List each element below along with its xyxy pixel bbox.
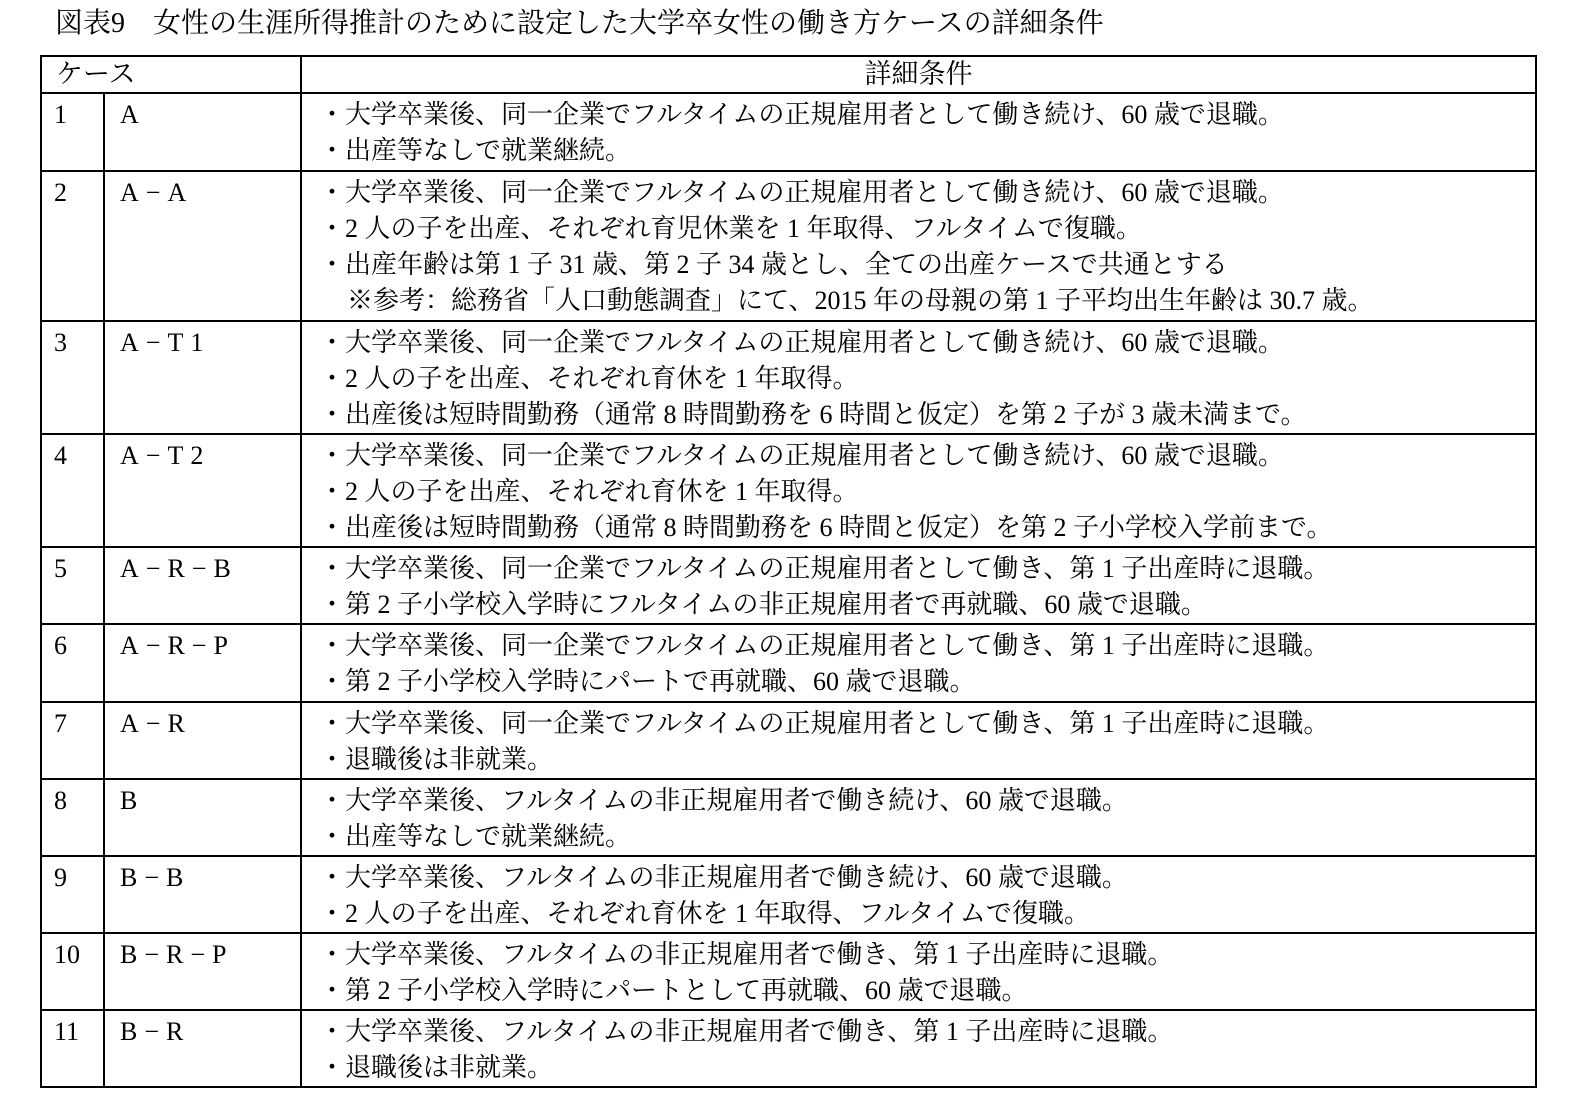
case-details: ・大学卒業後、同一企業でフルタイムの正規雇用者として働き、第 1 子出産時に退職… [301, 702, 1536, 779]
detail-line: ・大学卒業後、同一企業でフルタイムの正規雇用者として働き、第 1 子出産時に退職… [319, 706, 1535, 742]
detail-line: ・大学卒業後、同一企業でフルタイムの正規雇用者として働き続け、60 歳で退職。 [319, 97, 1535, 133]
case-details: ・大学卒業後、フルタイムの非正規雇用者で働き、第 1 子出産時に退職。 ・退職後… [301, 1010, 1536, 1087]
case-code: B−B [104, 856, 301, 933]
page-title: 図表9 女性の生涯所得推計のために設定した大学卒女性の働き方ケースの詳細条件 [55, 6, 1104, 42]
case-conditions-table: ケース 詳細条件 1 A ・大学卒業後、同一企業でフルタイムの正規雇用者として働… [40, 55, 1537, 1088]
table-row: 11 B−R ・大学卒業後、フルタイムの非正規雇用者で働き、第 1 子出産時に退… [41, 1010, 1536, 1087]
case-details: ・大学卒業後、同一企業でフルタイムの正規雇用者として働き続け、60 歳で退職。 … [301, 434, 1536, 547]
case-code: B [104, 779, 301, 856]
case-number: 2 [41, 171, 104, 321]
table-row: 9 B−B ・大学卒業後、フルタイムの非正規雇用者で働き続け、60 歳で退職。 … [41, 856, 1536, 933]
table-header-row: ケース 詳細条件 [41, 56, 1536, 93]
detail-line: ・2 人の子を出産、それぞれ育児休業を 1 年取得、フルタイムで復職。 [319, 211, 1535, 247]
detail-line: ・大学卒業後、フルタイムの非正規雇用者で働き続け、60 歳で退職。 [319, 783, 1535, 819]
detail-line: ・2 人の子を出産、それぞれ育休を 1 年取得、フルタイムで復職。 [319, 896, 1535, 932]
case-number: 7 [41, 702, 104, 779]
case-number: 11 [41, 1010, 104, 1087]
case-details: ・大学卒業後、同一企業でフルタイムの正規雇用者として働き、第 1 子出産時に退職… [301, 624, 1536, 702]
case-code: A−T2 [104, 434, 301, 547]
case-details: ・大学卒業後、同一企業でフルタイムの正規雇用者として働き続け、60 歳で退職。 … [301, 321, 1536, 434]
detail-line: ・大学卒業後、フルタイムの非正規雇用者で働き、第 1 子出産時に退職。 [319, 937, 1535, 973]
case-number: 4 [41, 434, 104, 547]
detail-note-line: ※参考：総務省「人口動態調査」にて、2015 年の母親の第 1 子平均出生年齢は… [319, 283, 1535, 319]
table-row: 3 A−T1 ・大学卒業後、同一企業でフルタイムの正規雇用者として働き続け、60… [41, 321, 1536, 434]
detail-line: ・2 人の子を出産、それぞれ育休を 1 年取得。 [319, 361, 1535, 397]
col-header-case: ケース [41, 56, 301, 93]
detail-line: ・大学卒業後、フルタイムの非正規雇用者で働き続け、60 歳で退職。 [319, 860, 1535, 896]
detail-line: ・出産等なしで就業継続。 [319, 819, 1535, 855]
col-header-details: 詳細条件 [301, 56, 1536, 93]
table-row: 10 B−R−P ・大学卒業後、フルタイムの非正規雇用者で働き、第 1 子出産時… [41, 933, 1536, 1010]
case-code: A−R [104, 702, 301, 779]
detail-line: ・出産後は短時間勤務（通常 8 時間勤務を 6 時間と仮定）を第 2 子が 3 … [319, 397, 1535, 433]
case-number: 5 [41, 547, 104, 624]
detail-line: ・大学卒業後、同一企業でフルタイムの正規雇用者として働き続け、60 歳で退職。 [319, 175, 1535, 211]
detail-line: ・出産等なしで就業継続。 [319, 133, 1535, 169]
detail-line: ・大学卒業後、同一企業でフルタイムの正規雇用者として働き、第 1 子出産時に退職… [319, 628, 1535, 664]
case-details: ・大学卒業後、同一企業でフルタイムの正規雇用者として働き続け、60 歳で退職。 … [301, 93, 1536, 171]
table-row: 2 A−A ・大学卒業後、同一企業でフルタイムの正規雇用者として働き続け、60 … [41, 171, 1536, 321]
case-code: A−T1 [104, 321, 301, 434]
case-details: ・大学卒業後、フルタイムの非正規雇用者で働き続け、60 歳で退職。 ・2 人の子… [301, 856, 1536, 933]
case-details: ・大学卒業後、フルタイムの非正規雇用者で働き続け、60 歳で退職。 ・出産等なし… [301, 779, 1536, 856]
detail-line: ・出産年齢は第 1 子 31 歳、第 2 子 34 歳とし、全ての出産ケースで共… [319, 247, 1535, 283]
detail-line: ・2 人の子を出産、それぞれ育休を 1 年取得。 [319, 474, 1535, 510]
table-row: 6 A−R−P ・大学卒業後、同一企業でフルタイムの正規雇用者として働き、第 1… [41, 624, 1536, 702]
case-number: 3 [41, 321, 104, 434]
detail-line: ・大学卒業後、同一企業でフルタイムの正規雇用者として働き続け、60 歳で退職。 [319, 438, 1535, 474]
case-details: ・大学卒業後、同一企業でフルタイムの正規雇用者として働き、第 1 子出産時に退職… [301, 547, 1536, 624]
detail-line: ・退職後は非就業。 [319, 1050, 1535, 1086]
case-number: 8 [41, 779, 104, 856]
case-code: A−R−P [104, 624, 301, 702]
case-number: 10 [41, 933, 104, 1010]
detail-line: ・第 2 子小学校入学時にパートとして再就職、60 歳で退職。 [319, 973, 1535, 1009]
case-code: A−A [104, 171, 301, 321]
detail-line: ・大学卒業後、フルタイムの非正規雇用者で働き、第 1 子出産時に退職。 [319, 1014, 1535, 1050]
case-number: 6 [41, 624, 104, 702]
case-code: A [104, 93, 301, 171]
case-number: 9 [41, 856, 104, 933]
detail-line: ・第 2 子小学校入学時にフルタイムの非正規雇用者で再就職、60 歳で退職。 [319, 587, 1535, 623]
detail-line: ・第 2 子小学校入学時にパートで再就職、60 歳で退職。 [319, 664, 1535, 700]
detail-line: ・出産後は短時間勤務（通常 8 時間勤務を 6 時間と仮定）を第 2 子小学校入… [319, 510, 1535, 546]
case-details: ・大学卒業後、同一企業でフルタイムの正規雇用者として働き続け、60 歳で退職。 … [301, 171, 1536, 321]
case-details: ・大学卒業後、フルタイムの非正規雇用者で働き、第 1 子出産時に退職。 ・第 2… [301, 933, 1536, 1010]
table-row: 8 B ・大学卒業後、フルタイムの非正規雇用者で働き続け、60 歳で退職。 ・出… [41, 779, 1536, 856]
case-number: 1 [41, 93, 104, 171]
case-code: B−R−P [104, 933, 301, 1010]
detail-line: ・大学卒業後、同一企業でフルタイムの正規雇用者として働き続け、60 歳で退職。 [319, 325, 1535, 361]
table-row: 7 A−R ・大学卒業後、同一企業でフルタイムの正規雇用者として働き、第 1 子… [41, 702, 1536, 779]
detail-line: ・大学卒業後、同一企業でフルタイムの正規雇用者として働き、第 1 子出産時に退職… [319, 551, 1535, 587]
table-row: 1 A ・大学卒業後、同一企業でフルタイムの正規雇用者として働き続け、60 歳で… [41, 93, 1536, 171]
detail-line: ・退職後は非就業。 [319, 742, 1535, 778]
document-page: 図表9 女性の生涯所得推計のために設定した大学卒女性の働き方ケースの詳細条件 ケ… [0, 0, 1585, 1118]
table-row: 4 A−T2 ・大学卒業後、同一企業でフルタイムの正規雇用者として働き続け、60… [41, 434, 1536, 547]
table-row: 5 A−R−B ・大学卒業後、同一企業でフルタイムの正規雇用者として働き、第 1… [41, 547, 1536, 624]
case-code: B−R [104, 1010, 301, 1087]
case-code: A−R−B [104, 547, 301, 624]
